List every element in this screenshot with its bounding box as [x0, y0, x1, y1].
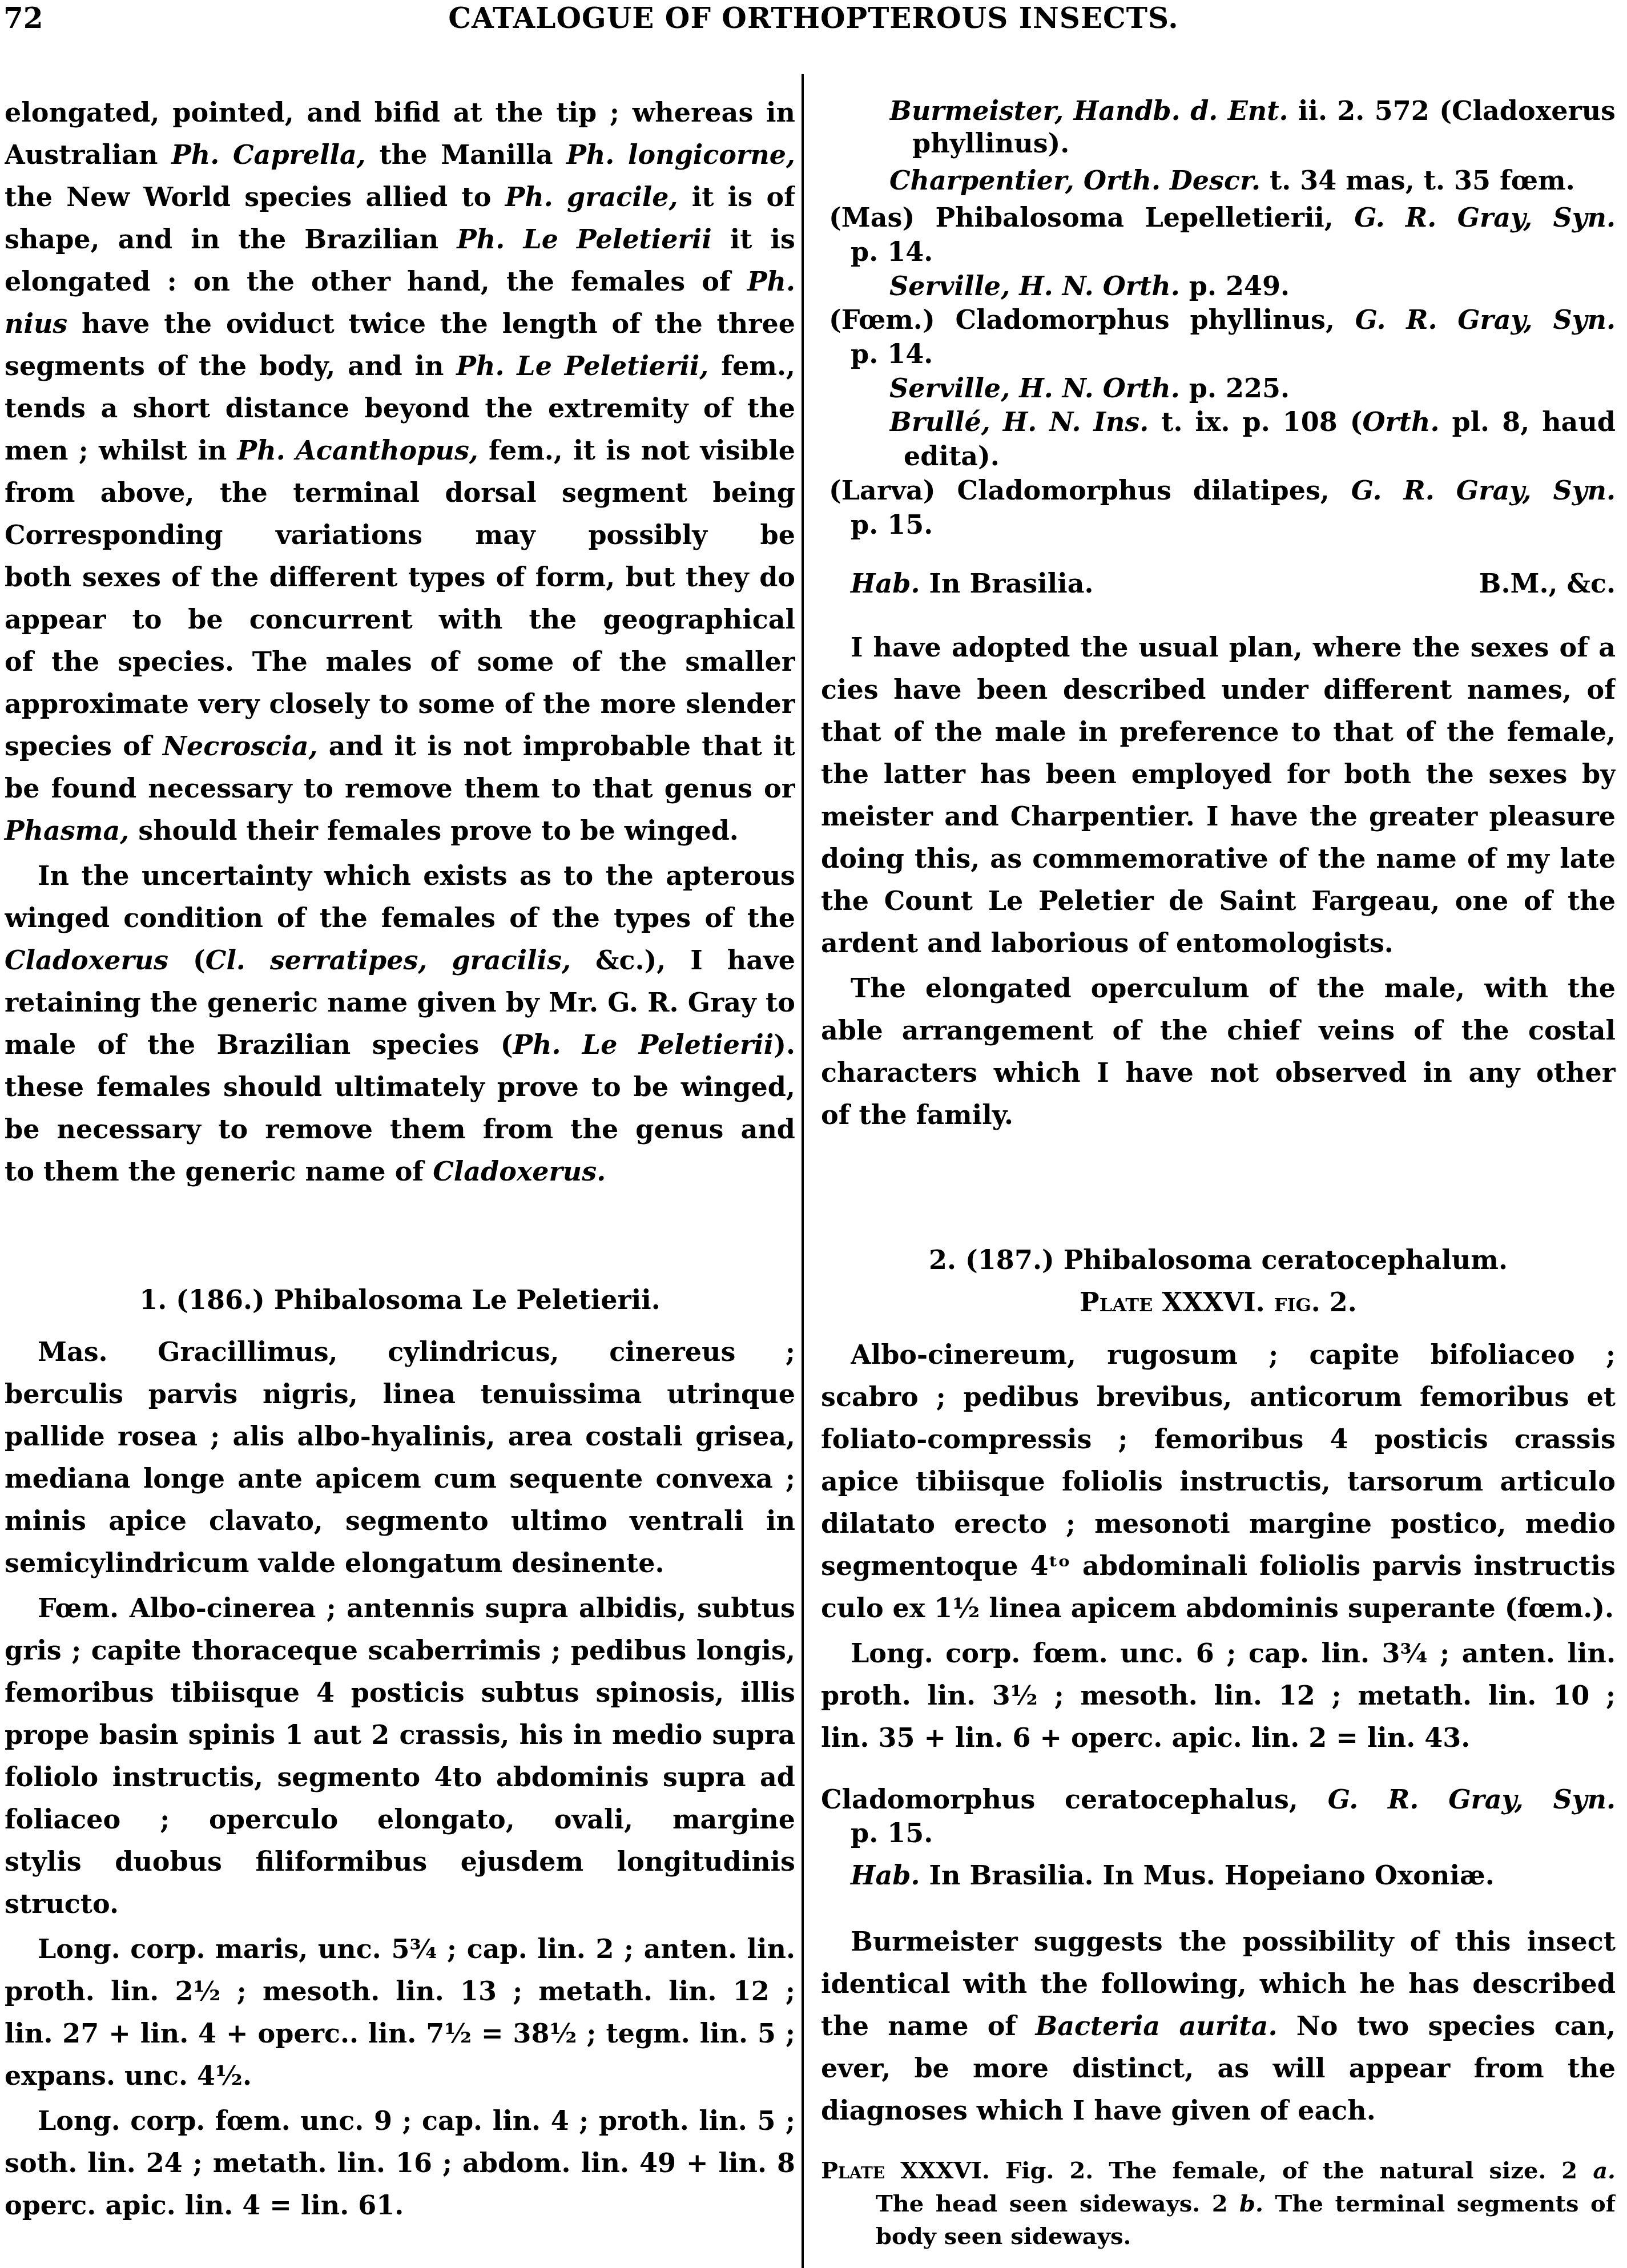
italic-run: nius	[5, 308, 67, 339]
text-line: scabro ; pedibus brevibus, anticorum fem…	[821, 1381, 1616, 1413]
text-line: of the species. The males of some of the…	[5, 646, 795, 678]
text-line: minis apice clavato, segmento ultimo ven…	[5, 1505, 795, 1537]
text-run: stylis duobus filiformibus ejusdem longi…	[5, 1846, 795, 1878]
text-run: lin. 35 + lin. 6 + operc. apic. lin. 2 =…	[821, 1722, 1470, 1753]
text-run: scabro ; pedibus brevibus, anticorum fem…	[821, 1381, 1616, 1413]
text-run: segments of the body, and in	[5, 351, 456, 381]
text-line: The head seen sideways. 2 b. The termina…	[876, 2188, 1616, 2220]
text-line: segments of the body, and in Ph. Le Pele…	[5, 350, 795, 382]
text-run: soth. lin. 24 ; metath. lin. 16 ; abdom.…	[5, 2148, 795, 2179]
text-line: segmentoque 4ᵗᵒ abdominali foliolis parv…	[821, 1550, 1616, 1582]
text-line: femoribus tibiisque 4 posticis subtus sp…	[5, 1677, 795, 1709]
text-run: p. 225.	[1180, 373, 1290, 404]
text-run: be necessary to remove them from the gen…	[5, 1114, 795, 1145]
text-line: diagnoses which I have given of each.	[821, 2094, 1376, 2126]
text-run: the latter has been employed for both th…	[821, 759, 1616, 790]
text-run: foliato-compressis ; femoribus 4 postici…	[821, 1424, 1616, 1455]
italic-run: Ph. Le Peletierii	[457, 224, 711, 255]
text-run: identical with the following, which he h…	[821, 1968, 1616, 2000]
text-line: ardent and laborious of entomologists.	[821, 927, 1394, 959]
text-line: Cladoxerus (Cl. serratipes, gracilis, &c…	[5, 944, 795, 976]
italic-run: Ph. Le Peletierii	[513, 1029, 774, 1060]
text-run: p. 14.	[851, 236, 933, 267]
text-line: be necessary to remove them from the gen…	[5, 1113, 795, 1145]
collection-reference: B.M., &c.	[1479, 567, 1616, 599]
text-run: Cladomorphus ceratocephalus,	[821, 1784, 1328, 1815]
text-run: doing this, as commemorative of the name…	[821, 843, 1616, 875]
text-line: these females should ultimately prove to…	[5, 1071, 795, 1103]
text-run: Mas. Gracillimus, cylindricus, cinereus …	[38, 1336, 795, 1368]
text-run: shape, and in the Brazilian	[5, 224, 457, 255]
text-line: structo.	[5, 1888, 119, 1920]
text-line: The elongated operculum of the male, wit…	[851, 972, 1616, 1004]
text-run: Fœm. Albo-cinerea ; antennis supra albid…	[38, 1593, 795, 1624]
text-run: from above, the terminal dorsal segment …	[5, 477, 795, 509]
text-run: (Fœm.) Cladomorphus phyllinus,	[829, 304, 1355, 335]
italic-run: Orth.	[1362, 406, 1439, 437]
text-line: Mas. Gracillimus, cylindricus, cinereus …	[38, 1336, 795, 1368]
italic-run: Ph. gracile,	[505, 182, 678, 212]
text-line: shape, and in the Brazilian Ph. Le Pelet…	[5, 223, 795, 255]
text-line: elongated, pointed, and bifid at the tip…	[5, 96, 795, 128]
italic-run: Bacteria aurita.	[1035, 2011, 1277, 2041]
text-run: semicylindricum valde elongatum desinent…	[5, 1548, 665, 1578]
text-line: the Count Le Peletier de Saint Fargeau, …	[821, 885, 1616, 917]
italic-run: Ph. Le Peletierii,	[456, 351, 708, 381]
page-header: 72 CATALOGUE OF ORTHOPTEROUS INSECTS.	[0, 0, 1627, 40]
text-line: (Mas) Phibalosoma Lepelletierii, G. R. G…	[829, 202, 1616, 233]
text-run: mediana longe ante apicem cum sequente c…	[5, 1463, 795, 1494]
text-run: have the oviduct twice the length of the…	[5, 308, 795, 340]
text-run: edita).	[904, 441, 1000, 472]
text-run: tends a short distance beyond the extrem…	[5, 393, 795, 424]
text-line: foliolo instructis, segmento 4to abdomin…	[5, 1761, 795, 1793]
running-title: CATALOGUE OF ORTHOPTEROUS INSECTS.	[0, 1, 1627, 35]
italic-run: Cl. serratipes, gracilis,	[206, 945, 571, 976]
italic-run: Phasma,	[5, 815, 129, 846]
text-line: expans. unc. 4½.	[5, 2060, 252, 2092]
text-run: t. 34 mas, t. 35 fœm.	[1260, 165, 1575, 196]
text-line: I have adopted the usual plan, where the…	[851, 631, 1616, 663]
text-run: p. 15.	[851, 509, 933, 540]
text-run: body seen sideways.	[876, 2223, 1131, 2250]
text-line: approximate very closely to some of the …	[5, 688, 795, 720]
text-line: p. 14.	[851, 236, 933, 268]
italic-run: Cladoxerus	[5, 945, 168, 976]
text-line: cies have been described under different…	[821, 674, 1616, 706]
text-run: lin. 27 + lin. 4 + operc.. lin. 7½ = 38½…	[5, 2018, 795, 2049]
text-line: Long. corp. maris, unc. 5¾ ; cap. lin. 2…	[38, 1933, 795, 1965]
text-line: nius have the oviduct twice the length o…	[5, 308, 795, 340]
text-run: cies have been described under different…	[821, 674, 1616, 706]
text-line: dilatato erecto ; mesonoti margine posti…	[821, 1508, 1616, 1540]
text-line: edita).	[904, 440, 1000, 472]
text-line: both sexes of the different types of for…	[5, 561, 795, 593]
italic-run: Serville, H. N. Orth.	[889, 373, 1180, 404]
text-line: retaining the generic name given by Mr. …	[5, 986, 795, 1018]
text-run: (Mas) Phibalosoma Lepelletierii,	[829, 202, 1354, 233]
italic-run: Serville, H. N. Orth.	[889, 271, 1180, 301]
text-line: species of Necroscia, and it is not impr…	[5, 730, 795, 762]
text-line: the latter has been employed for both th…	[821, 758, 1616, 790]
text-run: species of	[5, 731, 163, 762]
text-line: pallide rosea ; alis albo-hyalinis, area…	[5, 1420, 795, 1452]
text-run: retaining the generic name given by Mr. …	[5, 987, 795, 1018]
text-run: ardent and laborious of entomologists.	[821, 928, 1394, 958]
text-run: Plate XXXVI. fig. 2.	[1080, 1287, 1357, 1318]
text-run: apice tibiisque foliolis instructis, tar…	[821, 1466, 1616, 1497]
text-line: male of the Brazilian species (Ph. Le Pe…	[5, 1029, 795, 1061]
text-run: characters which I have not observed in …	[821, 1057, 1616, 1089]
text-line: Corresponding variations may possibly be…	[5, 519, 795, 551]
text-line: Hab. In Brasilia.B.M., &c.	[851, 567, 1616, 599]
text-line: soth. lin. 24 ; metath. lin. 16 ; abdom.…	[5, 2147, 795, 2179]
text-run: 1. (186.) Phibalosoma Le Peletierii.	[139, 1284, 661, 1315]
column-divider	[802, 74, 804, 2268]
text-line: lin. 27 + lin. 4 + operc.. lin. 7½ = 38½…	[5, 2017, 795, 2049]
text-line: winged condition of the females of the t…	[5, 902, 795, 934]
text-line: identical with the following, which he h…	[821, 1968, 1616, 2000]
text-line: foliaceo ; operculo elongato, ovali, mar…	[5, 1803, 795, 1835]
text-run: The head seen sideways. 2	[876, 2190, 1239, 2217]
text-run: p. 15.	[851, 1818, 933, 1848]
text-run: foliolo instructis, segmento 4to abdomin…	[5, 1762, 795, 1793]
text-run: p. 14.	[851, 339, 933, 369]
text-line: ever, be more distinct, as will appear f…	[821, 2052, 1616, 2084]
text-line: appear to be concurrent with the geograp…	[5, 603, 795, 635]
text-run: male of the Brazilian species (	[5, 1029, 513, 1060]
text-run: Long. corp. fœm. unc. 6 ; cap. lin. 3¾ ;…	[851, 1638, 1616, 1669]
text-line: be found necessary to remove them to tha…	[5, 772, 795, 804]
text-line: gris ; capite thoraceque scaberrimis ; p…	[5, 1634, 795, 1666]
text-line: Australian Ph. Caprella, the Manilla Ph.…	[5, 139, 795, 171]
text-line: culo ex 1½ linea apicem abdominis supera…	[821, 1592, 1614, 1624]
text-run: to them the generic name of	[5, 1156, 433, 1187]
text-run: the New World species allied to	[5, 182, 505, 212]
text-line: (Larva) Cladomorphus dilatipes, G. R. Gr…	[829, 474, 1616, 506]
text-line: that of the male in preference to that o…	[821, 716, 1616, 748]
text-line: Plate XXXVI. Fig. 2. The female, of the …	[821, 2155, 1616, 2187]
italic-run: a.	[1593, 2157, 1616, 2184]
text-line: berculis parvis nigris, linea tenuissima…	[5, 1378, 795, 1410]
text-run: gris ; capite thoraceque scaberrimis ; p…	[5, 1635, 795, 1666]
text-line: Fœm. Albo-cinerea ; antennis supra albid…	[38, 1592, 795, 1624]
text-line: Serville, H. N. Orth. p. 225.	[889, 372, 1290, 404]
text-line: foliato-compressis ; femoribus 4 postici…	[821, 1423, 1616, 1455]
text-line: phyllinus).	[912, 127, 1069, 159]
text-run: expans. unc. 4½.	[5, 2060, 252, 2091]
text-line: stylis duobus filiformibus ejusdem longi…	[5, 1846, 795, 1878]
text-run: that of the male in preference to that o…	[821, 716, 1616, 748]
text-run: diagnoses which I have given of each.	[821, 2095, 1376, 2126]
italic-run: Ph. longicorne,	[566, 139, 795, 170]
text-line: proth. lin. 3½ ; mesoth. lin. 12 ; metat…	[821, 1679, 1616, 1711]
text-run: the name of	[821, 2011, 1035, 2041]
text-run: approximate very closely to some of the …	[5, 688, 795, 719]
text-line: prope basin spinis 1 aut 2 crassis, his …	[5, 1719, 795, 1751]
text-line: able arrangement of the chief veins of t…	[821, 1014, 1616, 1046]
text-run: Long. corp. fœm. unc. 9 ; cap. lin. 4 ; …	[38, 2105, 795, 2137]
text-line: semicylindricum valde elongatum desinent…	[5, 1547, 665, 1579]
text-run: Long. corp. maris, unc. 5¾ ; cap. lin. 2…	[38, 1933, 795, 1965]
text-line: mediana longe ante apicem cum sequente c…	[5, 1463, 795, 1494]
text-line: from above, the terminal dorsal segment …	[5, 477, 795, 509]
text-line: tends a short distance beyond the extrem…	[5, 392, 795, 424]
text-line: the New World species allied to Ph. grac…	[5, 181, 795, 213]
text-line: the name of Bacteria aurita. No two spec…	[821, 2010, 1616, 2042]
text-run: elongated : on the other hand, the femal…	[5, 266, 747, 297]
text-run: ii. 2. 572 (Cladoxerus	[1288, 95, 1616, 126]
text-run: 2. (187.) Phibalosoma ceratocephalum.	[929, 1244, 1508, 1275]
text-run: p. 249.	[1180, 271, 1290, 301]
text-run: dilatato erecto ; mesonoti margine posti…	[821, 1508, 1616, 1540]
italic-run: Brullé, H. N. Ins.	[889, 406, 1149, 437]
text-line: p. 15.	[851, 1817, 933, 1849]
text-line: characters which I have not observed in …	[821, 1057, 1616, 1089]
text-line: apice tibiisque foliolis instructis, tar…	[821, 1465, 1616, 1497]
text-run: t. ix. p. 108 (	[1149, 406, 1362, 437]
text-line: Burmeister suggests the possibility of t…	[851, 1925, 1616, 1957]
text-run: (Larva) Cladomorphus dilatipes,	[829, 475, 1351, 506]
text-run: femoribus tibiisque 4 posticis subtus sp…	[5, 1677, 795, 1709]
text-line: Brullé, H. N. Ins. t. ix. p. 108 (Orth. …	[889, 406, 1616, 438]
italic-run: Charpentier, Orth. Descr.	[889, 165, 1260, 196]
text-run: Plate XXXVI.	[821, 2157, 990, 2184]
text-line: p. 14.	[851, 338, 933, 370]
text-run: men ; whilst in	[5, 435, 237, 466]
text-run: be found necessary to remove them to tha…	[5, 773, 795, 804]
text-run: Corresponding variations may possibly be…	[5, 519, 795, 551]
text-line: elongated : on the other hand, the femal…	[5, 265, 795, 297]
text-run: proth. lin. 2½ ; mesoth. lin. 13 ; metat…	[5, 1976, 795, 2007]
text-line: Long. corp. fœm. unc. 6 ; cap. lin. 3¾ ;…	[851, 1637, 1616, 1669]
text-line: operc. apic. lin. 4 = lin. 61.	[5, 2189, 404, 2221]
italic-run: Hab.	[851, 568, 920, 599]
text-line: Hab. In Brasilia. In Mus. Hopeiano Oxoni…	[851, 1859, 1495, 1891]
text-line: to them the generic name of Cladoxerus.	[5, 1155, 606, 1187]
text-line: lin. 35 + lin. 6 + operc. apic. lin. 2 =…	[821, 1722, 1470, 1754]
text-run: of the species. The males of some of the…	[5, 646, 795, 678]
text-line: men ; whilst in Ph. Acanthopus, fem., it…	[5, 434, 795, 466]
text-run: the Manilla	[366, 139, 566, 170]
text-line: Serville, H. N. Orth. p. 249.	[889, 270, 1290, 302]
text-run: proth. lin. 3½ ; mesoth. lin. 12 ; metat…	[821, 1680, 1616, 1711]
text-run: minis apice clavato, segmento ultimo ven…	[5, 1505, 795, 1537]
italic-run: Ph. Caprella,	[171, 139, 366, 170]
text-run: foliaceo ; operculo elongato, ovali, mar…	[5, 1804, 795, 1835]
text-line: Charpentier, Orth. Descr. t. 34 mas, t. …	[889, 164, 1575, 196]
text-run: phyllinus).	[912, 128, 1069, 159]
text-run: berculis parvis nigris, linea tenuissima…	[5, 1379, 795, 1410]
text-run: segmentoque 4ᵗᵒ abdominali foliolis parv…	[821, 1550, 1616, 1582]
italic-run: Burmeister, Handb. d. Ent.	[889, 95, 1288, 126]
text-line: meister and Charpentier. I have the grea…	[821, 800, 1616, 832]
text-run: Fig. 2. The female, of the natural size.…	[990, 2157, 1593, 2184]
text-run: appear to be concurrent with the geograp…	[5, 604, 795, 635]
text-run: culo ex 1½ linea apicem abdominis supera…	[821, 1593, 1614, 1624]
section-heading: Plate XXXVI. fig. 2.	[821, 1286, 1616, 1318]
text-run: In Brasilia.	[920, 568, 1093, 599]
text-run: operc. apic. lin. 4 = lin. 61.	[5, 2190, 404, 2221]
text-line: doing this, as commemorative of the name…	[821, 843, 1616, 875]
text-run: (	[168, 945, 206, 976]
text-line: body seen sideways.	[876, 2221, 1131, 2253]
italic-run: Ph. Acanthopus,	[237, 435, 478, 466]
text-run: pl. 8, haud	[1439, 406, 1616, 437]
text-run: winged condition of the females of the t…	[5, 903, 795, 934]
text-run: should their females prove to be winged.	[129, 815, 739, 846]
italic-run: b.	[1239, 2190, 1263, 2217]
text-line: Cladomorphus ceratocephalus, G. R. Gray,…	[821, 1783, 1616, 1815]
text-line: Long. corp. fœm. unc. 9 ; cap. lin. 4 ; …	[38, 2105, 795, 2137]
text-run: elongated, pointed, and bifid at the tip…	[5, 97, 795, 128]
text-line: Phasma, should their females prove to be…	[5, 815, 739, 847]
text-run: I have adopted the usual plan, where the…	[851, 632, 1616, 663]
text-line: p. 15.	[851, 509, 933, 541]
section-heading: 1. (186.) Phibalosoma Le Peletierii.	[5, 1284, 795, 1316]
text-run: ever, be more distinct, as will appear f…	[821, 2053, 1616, 2084]
text-run: In Brasilia. In Mus. Hopeiano Oxoniæ.	[920, 1860, 1494, 1891]
text-run: meister and Charpentier. I have the grea…	[821, 801, 1616, 832]
text-run: In the uncertainty which exists as to th…	[38, 860, 795, 892]
text-run: of the family.	[821, 1099, 1013, 1130]
text-line: Albo-cinereum, rugosum ; capite bifoliac…	[851, 1339, 1616, 1371]
italic-run: Hab.	[851, 1860, 920, 1891]
text-run: structo.	[5, 1888, 119, 1919]
text-run: these females should ultimately prove to…	[5, 1071, 795, 1103]
italic-run: Cladoxerus.	[433, 1156, 606, 1187]
text-run: the Count Le Peletier de Saint Fargeau, …	[821, 885, 1616, 917]
text-run: The elongated operculum of the male, wit…	[851, 973, 1616, 1004]
text-line: Burmeister, Handb. d. Ent. ii. 2. 572 (C…	[889, 95, 1616, 127]
text-run: pallide rosea ; alis albo-hyalinis, area…	[5, 1421, 795, 1452]
section-heading: 2. (187.) Phibalosoma ceratocephalum.	[821, 1244, 1616, 1276]
text-run: Burmeister suggests the possibility of t…	[851, 1926, 1616, 1957]
text-run: prope basin spinis 1 aut 2 crassis, his …	[5, 1719, 795, 1750]
text-line: of the family.	[821, 1099, 1013, 1131]
text-line: (Fœm.) Cladomorphus phyllinus, G. R. Gra…	[829, 304, 1616, 336]
text-run: both sexes of the different types of for…	[5, 562, 795, 593]
italic-run: Necroscia,	[163, 731, 317, 762]
text-line: proth. lin. 2½ ; mesoth. lin. 13 ; metat…	[5, 1975, 795, 2007]
text-run: able arrangement of the chief veins of t…	[821, 1015, 1616, 1046]
text-line: In the uncertainty which exists as to th…	[38, 860, 795, 892]
text-run: Albo-cinereum, rugosum ; capite bifoliac…	[851, 1339, 1616, 1371]
text-run: Australian	[5, 139, 171, 170]
